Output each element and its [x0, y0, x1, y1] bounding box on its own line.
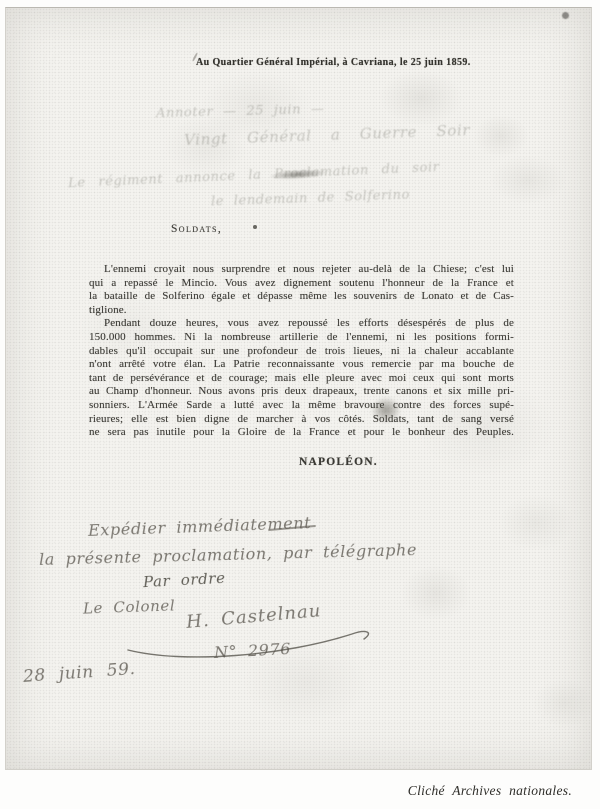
body-line: ne sera pas inutile pour la Gloire de la… [89, 426, 514, 440]
body-line: Pendant douze heures, vous avez repoussé… [89, 317, 514, 331]
salutation: Soldats, [171, 223, 222, 235]
proclamation-body: L'ennemi croyait nous surprendre et nous… [89, 263, 514, 440]
document-photo: Au Quartier Général Impérial, à Cavriana… [5, 7, 592, 770]
body-line: tant de persévérance et de courage; mais… [89, 372, 514, 386]
faint-handwritten-note: Le régiment annonce la Proclamation du s… [68, 160, 440, 191]
body-line: la bataille de Solferino égale et dépass… [89, 290, 514, 304]
body-line: qui a repassé le Mincio. Vous avez digne… [89, 277, 514, 291]
body-line: sonniers. L'Armée Sarde a lutté avec la … [89, 399, 514, 413]
body-line: 150.000 hommes. Ni la nombreuse artiller… [89, 331, 514, 345]
handwritten-note: Le Colonel [83, 596, 176, 617]
body-line: dables qu'il occupait sur une profondeur… [89, 345, 514, 359]
body-line: rieures; elle est bien digne de marcher … [89, 413, 514, 427]
body-line: au Champ d'honneur. Nous avons pris deux… [89, 385, 514, 399]
body-line: n'ont arrêté votre élan. La Patrie recon… [89, 358, 514, 372]
body-line: L'ennemi croyait nous surprendre et nous… [89, 263, 514, 277]
dateline: Au Quartier Général Impérial, à Cavriana… [196, 57, 471, 68]
body-line: tiglione. [89, 304, 514, 318]
printed-signature: NAPOLÉON. [299, 456, 378, 468]
faint-handwritten-note: le lendemain de Solferino [211, 188, 410, 210]
dark-speck [562, 12, 569, 19]
print-speck [253, 225, 257, 229]
handwritten-number: N° 2976 [214, 639, 292, 662]
handwritten-date: 28 juin 59. [22, 659, 136, 687]
faint-handwritten-note: Annoter — 25 juin — [156, 102, 325, 121]
handwritten-note: la présente proclamation, par télégraphe [39, 540, 417, 569]
photo-credit-caption: Cliché Archives nationales. [408, 783, 572, 799]
faint-handwritten-note: Vingt Général a Guerre Soir [184, 121, 471, 149]
handwritten-note: Par ordre [143, 569, 226, 591]
handwritten-note: Expédier immédiatement [88, 513, 312, 540]
